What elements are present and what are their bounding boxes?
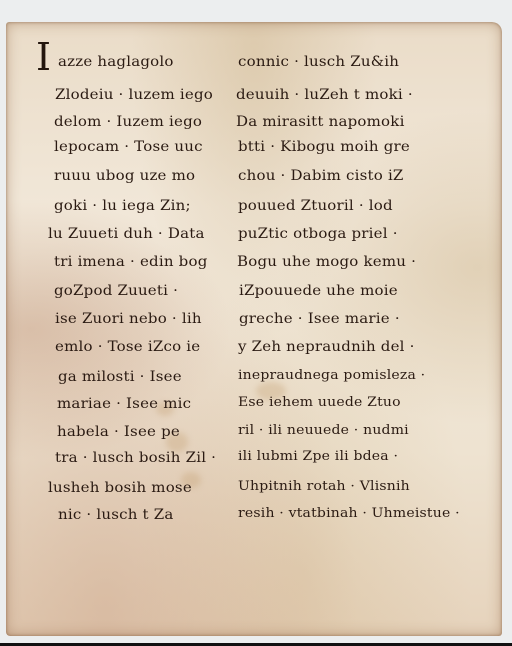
manuscript-line: iZpouuede uhe moie [239, 282, 398, 299]
manuscript-line: emlo · Tose iZco ie [55, 338, 200, 355]
decorated-initial: I [36, 38, 51, 76]
manuscript-line: lu Zuueti duh · Data [48, 225, 205, 242]
manuscript-line: tri imena · edin bog [54, 253, 208, 270]
manuscript-line: ise Zuori nebo · lih [55, 310, 202, 327]
manuscript-line: nic · lusch t Za [58, 506, 174, 523]
manuscript-line: deuuih · luZeh t moki · [236, 86, 413, 103]
manuscript-line: ruuu ubog uze mo [54, 167, 195, 184]
manuscript-line: ril · ili neuuede · nudmi [238, 423, 409, 438]
manuscript-line: delom · Iuzem iego [54, 113, 202, 130]
manuscript-line: goki · lu iega Zin; [54, 197, 191, 214]
manuscript-line: mariae · Isee mic [57, 395, 191, 412]
manuscript-line: Ese iehem uuede Ztuo [238, 395, 401, 410]
manuscript-line: inepraudnega pomisleza · [238, 368, 425, 383]
manuscript-line: azze haglagolo [58, 53, 174, 70]
manuscript-line: resih · vtatbinah · Uhmeistue · [238, 506, 460, 521]
manuscript-line: lusheh bosih mose [48, 479, 192, 496]
manuscript-line: greche · Isee marie · [239, 310, 400, 327]
manuscript-line: Zlodeiu · luzem iego [55, 86, 213, 103]
manuscript-line: chou · Dabim cisto iZ [238, 167, 404, 184]
manuscript-line: habela · Isee pe [57, 423, 180, 440]
manuscript-line: puZtic otboga priel · [238, 225, 398, 242]
manuscript-line: connic · lusch Zu&ih [238, 53, 399, 70]
manuscript-line: Da mirasitt napomoki [236, 113, 405, 130]
manuscript-line: y Zeh nepraudnih del · [238, 338, 415, 355]
manuscript-line: Uhpitnih rotah · Vlisnih [238, 479, 410, 494]
manuscript-line: ili lubmi Zpe ili bdea · [238, 449, 398, 464]
manuscript-line: lepocam · Tose uuc [54, 138, 203, 155]
manuscript-line: goZpod Zuueti · [54, 282, 178, 299]
manuscript-line: tra · lusch bosih Zil · [55, 449, 216, 466]
manuscript-line: ga milosti · Isee [58, 368, 182, 385]
manuscript-line: btti · Kibogu moih gre [238, 138, 410, 155]
manuscript-line: Bogu uhe mogo kemu · [237, 253, 416, 270]
manuscript-line: pouued Ztuoril · lod [238, 197, 393, 214]
